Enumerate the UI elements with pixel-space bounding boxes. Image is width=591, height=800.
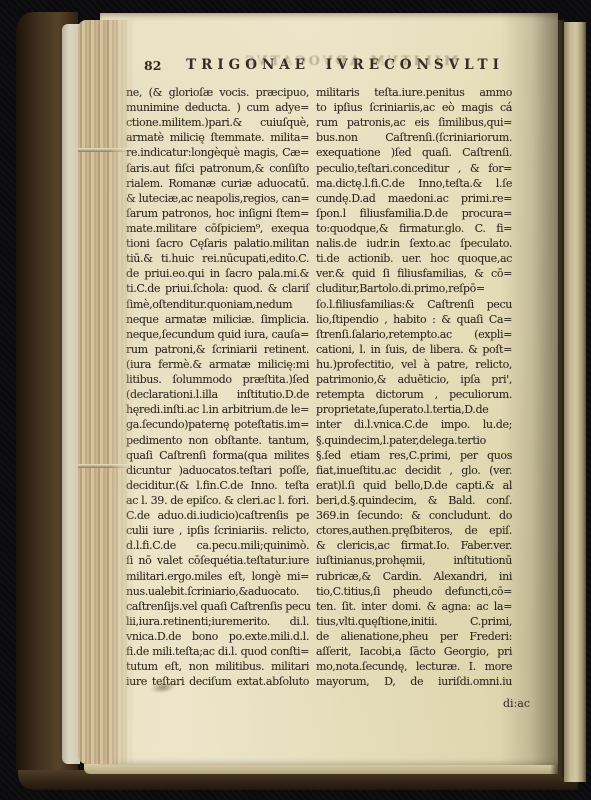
text-block: ne, (& glorioſæ vocis. præcipuo,munimine… <box>126 85 530 689</box>
text-line: ac l. 39. de epiſco. & cleri.ac l. fori. <box>126 493 309 508</box>
gutter-shadow <box>500 13 558 765</box>
text-line: ſaris.aut fiſci patronum,& conſiſto <box>126 161 309 176</box>
text-line: ſarum patronos, hoc inſigni ſtem= <box>126 206 309 221</box>
text-line: pedimento non obſtante. tantum, <box>126 433 309 448</box>
text-line: neque armatæ miliciæ. ſimplicia. <box>126 312 309 327</box>
page-number: 82 <box>144 58 161 73</box>
text-line: rum patroni,& ſcriniarii retinent. <box>126 342 309 357</box>
text-line: ſo.l.filiusfamilias:& Caſtrenſi pecu <box>316 297 512 312</box>
text-line: culii iure , ipſis ſcriniariis. relicto, <box>126 523 309 538</box>
text-line: ſpon.l filiusfamilia.D.de procura= <box>316 206 512 221</box>
text-line: retempta dictorum , peculiorum. <box>316 387 512 402</box>
text-line: fi.de mili.teſta;ac di.l. quod conſti= <box>126 644 309 659</box>
endpaper-bottom-edge <box>84 764 558 774</box>
text-line: & luteciæ,ac neapolis,regios, can= <box>126 191 309 206</box>
text-line: patrimonio,& aduēticio, ipſa pri', <box>316 372 512 387</box>
text-line: de alienatione,pheu per Frederi: <box>316 629 512 644</box>
text-line: 369.in ſecundo: & concludunt. do <box>316 508 512 523</box>
text-line: ti.C.de priui.ſchola: quod. & clariſ <box>126 281 309 296</box>
text-line: neque,ſecundum quid iura, cauſa= <box>126 327 309 342</box>
text-line: erat)l.ſi quid bello,D.de capti.& al <box>316 478 512 493</box>
text-line: lio,ſtipendio , habito : & quaſi Ca= <box>316 312 512 327</box>
text-line: bus.non Caſtrenſi.(ſcriniariorum. <box>316 130 512 145</box>
page-stack-edge <box>78 20 134 764</box>
text-line: caſtrenſijs.vel quaſi Caſtrenſis pecu <box>126 599 309 614</box>
text-line: rum patronis,ac eis ſimilibus,qui= <box>316 115 512 130</box>
text-line: mo,nota.ſecundę, lecturæ. I. more <box>316 659 512 674</box>
text-line: ti.de actionib. uer. hoc quoque,ac <box>316 251 512 266</box>
text-line: ga.ſecundo)paternę poteſtatis.im= <box>126 417 309 432</box>
text-line: nus.ualebit.ſcriniario,&aduocato. <box>126 584 309 599</box>
text-line: hu.)profectitio, vel à patre, relicto, <box>316 357 512 372</box>
text-line: iuſtinianus,prohęmii, inſtitutionū <box>316 553 512 568</box>
catchword-row: di:ac <box>126 692 530 711</box>
text-line: militari.ergo.miles eſt, longè mi= <box>126 569 309 584</box>
facing-page-edge <box>564 22 587 782</box>
text-line: ten. ſit. inter domi. & agna: ac la= <box>316 599 512 614</box>
text-line: de priui.eo.qui in ſacro pala.mi.& <box>126 266 309 281</box>
text-line: ctores,authen.pręſbiteros, de epiſ. <box>316 523 512 538</box>
text-line: cundę.D.ad maedoni.ac primi.re= <box>316 191 512 206</box>
text-line: lii,iura.retinenti;iuremerito. di.l. <box>126 614 309 629</box>
text-line: tiū.& ti.huic rei.nūcupati,edito.C. <box>126 251 309 266</box>
text-line: d.l.fi.C.de ca.pecu.mili;quinimò. <box>126 538 309 553</box>
text-line: mate.militare cōſpiciem⁹, exequa <box>126 221 309 236</box>
text-line: dicuntur )aduocatos.teſtari poſſe, <box>126 463 309 478</box>
text-line: proprietate,ſuperato.l.tertia,D.de <box>316 402 512 417</box>
page-header: 82 TRIGONAE IVRECONSVLTI <box>100 57 544 79</box>
text-line: aſſerit, Iacobi,a ſācto Georgio, pri <box>316 644 512 659</box>
text-line: (iura fermè.& armatæ milicię:mi <box>126 357 309 372</box>
text-line: §.quindecim,l.pater,delega.tertio <box>316 433 512 448</box>
text-line: & clericis,ac firmat.Io. Faber.ver. <box>316 538 512 553</box>
text-line: cationi, l. in ſuis, de libera. & poſt= <box>316 342 512 357</box>
text-line: litibus. ſolummodo præſtita.)ſed <box>126 372 309 387</box>
text-line: to:quodque,& firmatur.glo. C. fi= <box>316 221 512 236</box>
text-line: C.de aduo.di.iudicio)caſtrenſis pe <box>126 508 309 523</box>
text-line: armatè milicię ſtemmate. milita= <box>126 130 309 145</box>
text-line: tio,C.titius,ſi pheudo defuncti,cō= <box>316 584 512 599</box>
page-stack-break <box>78 464 134 468</box>
text-line: tutum eſt, non militibus. militari <box>126 659 309 674</box>
text-line: §.ſed etiam res,C.primi, per quos <box>316 448 512 463</box>
text-line: exequatione )ſed quaſi. Caſtrenſi. <box>316 145 512 160</box>
text-column-left: ne, (& glorioſæ vocis. præcipuo,munimine… <box>126 85 309 689</box>
text-line: tioni ſacro Cęſaris palatio.militan <box>126 236 309 251</box>
text-line: tius,vlti.quęſtione,initii. C.primi, <box>316 614 512 629</box>
text-line: fiat,inueſtitu.ac decidit , glo. (ver. <box>316 463 512 478</box>
text-line: cluditur,Bartolo.di.primo,reſpō= <box>316 281 512 296</box>
text-line: munimine deducta. ) cum adye= <box>126 100 309 115</box>
text-line: quaſi Caſtrenſi forma(qua milites <box>126 448 309 463</box>
text-line: (declarationi.l.illa inſtitutio.D.de <box>126 387 309 402</box>
text-line: ſtrenſi.ſalario,retempto.ac (expli= <box>316 327 512 342</box>
text-line: ma.dictę.l.fi.C.de Inno,teſta.& l.ſe <box>316 176 512 191</box>
text-column-right: militaris teſta.iure.penitus ammoto ipſi… <box>316 85 512 689</box>
page-stack-break <box>78 148 134 152</box>
text-line: to ipſius ſcriniariis,ac eò magis cá <box>316 100 512 115</box>
text-line: deciditur.(& l.fin.C.de Inno. teſta <box>126 478 309 493</box>
text-line: ne, (& glorioſæ vocis. præcipuo, <box>126 85 309 100</box>
text-line: beri,d.§.quindecim, & Bald. conſ. <box>316 493 512 508</box>
text-line: vnica.D.de bono po.exte.mili.d.l. <box>126 629 309 644</box>
book-page: MILITVM ADVOCATVS 82 TRIGONAE IVRECONSVL… <box>100 13 558 765</box>
text-line: militaris teſta.iure.penitus ammo <box>316 85 512 100</box>
text-line: rialem. Romanæ curiæ aduocatū. <box>126 176 309 191</box>
text-line: re.indicatur:longèquè magis, Cæ= <box>126 145 309 160</box>
text-line: rubricæ,& Cardin. Alexandri, ini <box>316 569 512 584</box>
text-line: hęredi.inſti.ac l.in arbitrium.de le= <box>126 402 309 417</box>
text-line: inter di.l.vnica.C.de impo. lu.de; <box>316 417 512 432</box>
text-line: mayorum, D, de iuriſdi.omni.iu <box>316 674 512 689</box>
text-line: ſimè,oſtenditur.quoniam,nedum <box>126 297 309 312</box>
text-line: ver.& quid ſi filiusfamilias, & cō= <box>316 266 512 281</box>
photo-background: MILITVM ADVOCATVS 82 TRIGONAE IVRECONSVL… <box>0 0 591 800</box>
text-line: ctione.militem.)pari.& cuiuſquè, <box>126 115 309 130</box>
running-title: TRIGONAE IVRECONSVLTI <box>100 57 544 73</box>
text-line: ſi nō valet cōſequétia.teſtatur.iure <box>126 553 309 568</box>
text-line: peculio,teſtari.conceditur , & for= <box>316 161 512 176</box>
text-line: nalis.de iudr.in ſexto.ac ſpeculato. <box>316 236 512 251</box>
